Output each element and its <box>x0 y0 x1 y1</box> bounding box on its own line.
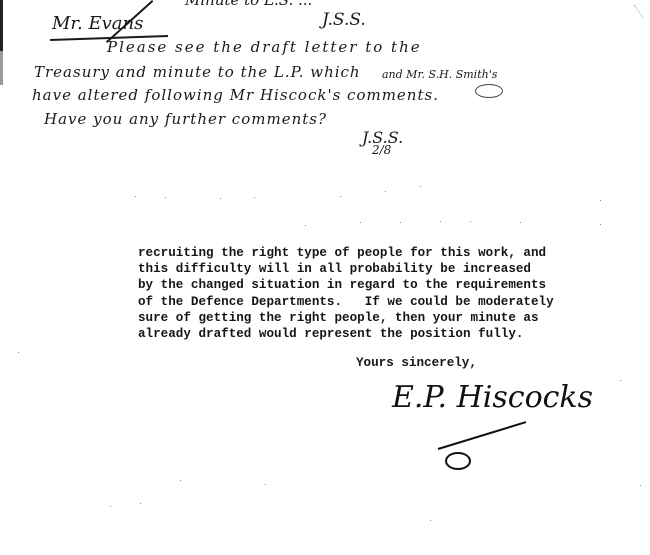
handwritten-line-3: have altered following Mr Hiscock's comm… <box>32 86 439 104</box>
circled-mark <box>475 84 503 98</box>
scan-edge-shadow <box>0 0 3 85</box>
signature-loop <box>445 452 471 470</box>
typed-line: sure of getting the right people, then y… <box>138 310 554 326</box>
letter-closing: Yours sincerely, <box>356 356 477 370</box>
signature-flourish <box>438 421 527 450</box>
typed-line: this difficulty will in all probability … <box>138 261 554 277</box>
handwritten-line-1: Please see the draft letter to the <box>107 38 422 56</box>
typed-letter-body: recruiting the right type of people for … <box>138 245 554 342</box>
handwritten-line-4: Have you any further comments? <box>44 110 327 128</box>
handwritten-insertion: and Mr. S.H. Smith's <box>382 68 497 81</box>
signature: E.P. Hiscocks <box>392 380 593 415</box>
typed-line: of the Defence Departments. If we could … <box>138 294 554 310</box>
handwritten-line-2: Treasury and minute to the L.P. which <box>34 63 361 81</box>
handwritten-top-line: Minute to L.S. ... <box>185 0 312 9</box>
handwritten-date: 2/8 <box>372 143 391 157</box>
typed-line: already drafted would represent the posi… <box>138 326 554 342</box>
handwritten-top-initials: J.S.S. <box>322 10 366 30</box>
handwritten-addressee: Mr. Evans <box>52 13 143 34</box>
typed-line: by the changed situation in regard to th… <box>138 277 554 293</box>
scanned-letter-page: Minute to L.S. ... Mr. Evans J.S.S. Plea… <box>0 0 650 555</box>
typed-line: recruiting the right type of people for … <box>138 245 554 261</box>
scan-corner-mark <box>634 0 650 18</box>
